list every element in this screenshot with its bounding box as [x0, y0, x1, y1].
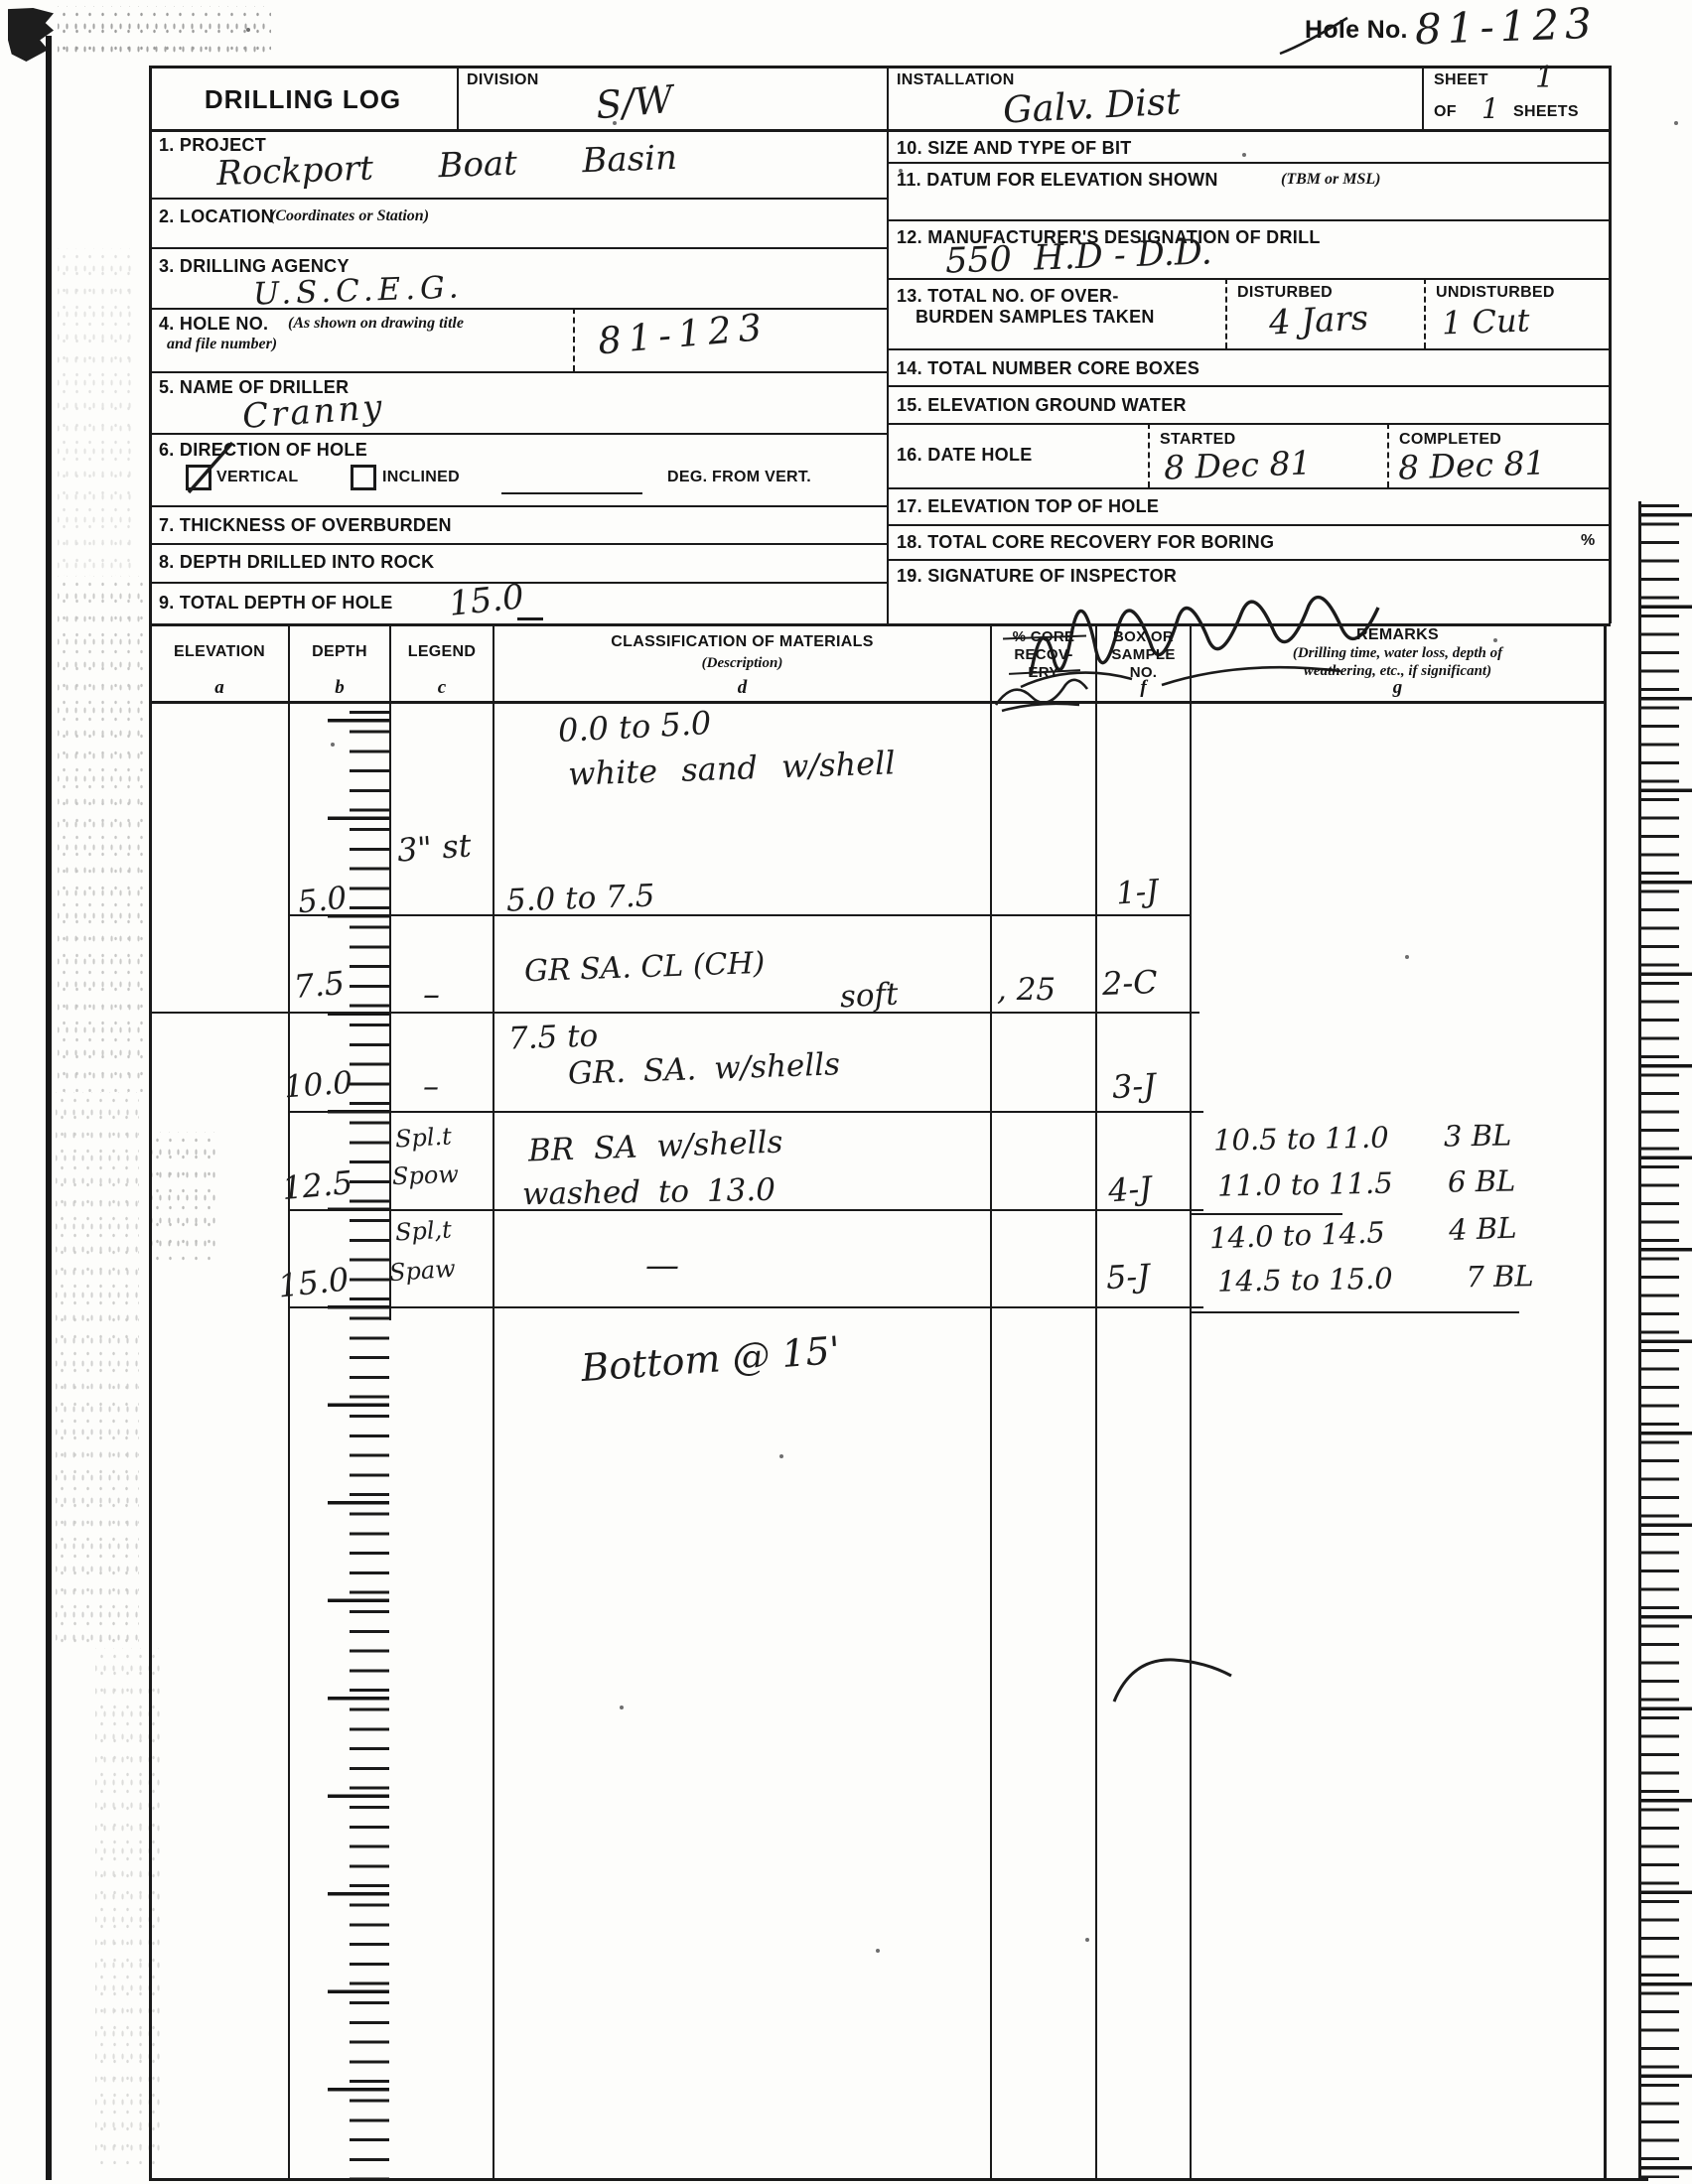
form-title: DRILLING LOG [149, 84, 457, 115]
scan-speck [899, 169, 903, 173]
undisturbed-value: 1 Cut [1441, 304, 1530, 339]
row-line [149, 198, 887, 200]
log-interval-2-desc: GR SA. CL (CH) [524, 949, 766, 987]
core-boxes-label: 14. TOTAL NUMBER CORE BOXES [897, 358, 1199, 379]
col-remarks-letter: g [1192, 677, 1604, 699]
row-line [887, 524, 1611, 526]
log-interval-4-desc: BR SA w/shells [528, 1128, 783, 1167]
completed-value: 8 Dec 81 [1397, 446, 1545, 483]
scan-stray-stroke [1276, 14, 1355, 58]
col-depth-letter: b [290, 677, 389, 699]
sheet-label: SHEET [1434, 71, 1488, 89]
scan-speck [1493, 638, 1497, 642]
division-label: DIVISION [467, 71, 539, 89]
disturbed-label: DISTURBED [1237, 284, 1333, 302]
col-box-letter: f [1097, 677, 1190, 699]
legend-dash-1: – [423, 978, 440, 1012]
percent-sign: % [1581, 532, 1596, 550]
legend-dash-2: – [423, 1070, 439, 1102]
page-bottom-line [149, 2178, 1648, 2181]
bit-label: 10. SIZE AND TYPE OF BIT [897, 138, 1132, 159]
datum-label: 11. DATUM FOR ELEVATION SHOWN [897, 170, 1218, 191]
col-line-box-remarks [1190, 623, 1192, 2181]
of-label: OF [1434, 103, 1457, 121]
sample-5: 5-J [1105, 1260, 1151, 1294]
log-interval-1-desc: white sand w/shell [568, 747, 896, 789]
col-legend-letter: c [391, 677, 493, 699]
installation-label: INSTALLATION [897, 71, 1015, 89]
form-top-border [149, 66, 1611, 68]
scan-speck [613, 121, 617, 125]
scan-noise-top-left [58, 6, 271, 54]
scan-noise-left-1 [58, 248, 137, 576]
remark-blowcount-4: 14.5 to 15.0 7 BL [1217, 1262, 1534, 1297]
disturbed-divider [1225, 278, 1227, 348]
sheets-total-value: 1 [1481, 95, 1499, 123]
overburden-label: 7. THICKNESS OF OVERBURDEN [159, 515, 452, 536]
scan-speck [1405, 955, 1409, 959]
depth-mark-12-5: 12.5 [281, 1166, 354, 1204]
scan-noise-left-3 [56, 1092, 139, 1648]
hole-no-field-value: 81-123 [597, 309, 771, 360]
scan-speck [876, 1949, 880, 1953]
table-header-bottom-border [149, 701, 1604, 704]
drilling-agency-value: U.S.C.E.G. [253, 272, 465, 310]
depth-scale-major-ticks [328, 719, 389, 2178]
row-line [149, 543, 887, 545]
sheets-label: SHEETS [1513, 103, 1579, 121]
legend-shelby-tube: 3" st [396, 829, 473, 866]
undisturbed-label: UNDISTURBED [1436, 284, 1555, 302]
row-line [887, 348, 1611, 350]
title-division-divider [457, 66, 459, 132]
legend-split-1b: Spow [392, 1162, 460, 1188]
row-line [149, 505, 887, 507]
samples-label-1: 13. TOTAL NO. OF OVER- [897, 286, 1119, 307]
log-row-line-12-5ft [288, 1209, 1203, 1211]
log-row-line-5ft [288, 914, 1190, 916]
vertical-label: VERTICAL [216, 469, 298, 486]
sheet-no-value: 1 [1535, 64, 1554, 93]
rock-depth-label: 8. DEPTH DRILLED INTO ROCK [159, 552, 434, 573]
row-line [149, 247, 887, 249]
hole-no-field-sublabel-1: (As shown on drawing title [288, 315, 464, 333]
total-depth-value: 15.0 [447, 580, 525, 621]
col-line-classification-core [990, 623, 992, 2181]
location-sublabel: (Coordinates or Station) [270, 207, 429, 225]
scan-speck [1242, 153, 1246, 157]
row-line [887, 219, 1611, 221]
core-recovery-label: 18. TOTAL CORE RECOVERY FOR BORING [897, 532, 1274, 553]
log-interval-1: 0.0 to 5.0 [557, 707, 712, 747]
log-dash-entry: — [645, 1249, 679, 1283]
col-legend-header: LEGEND [391, 643, 493, 661]
undisturbed-divider [1424, 278, 1426, 348]
total-depth-underline [517, 617, 543, 620]
right-ruler-major-ticks [1641, 513, 1692, 2178]
hole-no-field-sublabel-2: and file number) [167, 336, 277, 353]
sheet-box-left-border [1422, 66, 1424, 132]
scan-speck [331, 743, 335, 747]
elev-top-label: 17. ELEVATION TOP OF HOLE [897, 496, 1159, 517]
col-classification-subheader: (Description) [494, 655, 990, 672]
completed-divider [1387, 423, 1389, 487]
started-divider [1148, 423, 1150, 487]
installation-value: Galv. Dist [1002, 82, 1182, 128]
depth-mark-15: 15.0 [277, 1263, 351, 1301]
col-box-header-2: SAMPLE [1097, 646, 1190, 663]
row-line [887, 487, 1611, 489]
form-right-border [1609, 66, 1612, 623]
remark-blowcount-1: 10.5 to 11.0 3 BL [1213, 1121, 1512, 1155]
col-remarks-header: REMARKS [1192, 626, 1604, 644]
core-header-scribble [988, 671, 1097, 715]
log-row-line-7-5ft [151, 1012, 1199, 1014]
col-line-core-box [1095, 623, 1097, 2181]
col-elevation-letter: a [151, 677, 288, 699]
log-row-line-remarks-ext-2 [1190, 1311, 1519, 1313]
drill-designation-value: 550 H.D - D.D. [944, 235, 1212, 279]
inclined-degrees-blank [501, 492, 642, 494]
hole-no-field-divider [573, 308, 575, 371]
sample-2: 2-C [1101, 966, 1158, 1000]
sample-3: 3-J [1111, 1069, 1157, 1103]
depth-mark-10: 10.0 [283, 1068, 353, 1104]
driller-value: Cranny [241, 390, 386, 434]
col-line-depth-legend [389, 623, 391, 1320]
log-interval-2: 5.0 to 7.5 [506, 881, 655, 916]
vertical-checkbox-mark [179, 435, 248, 498]
depth-mark-7-5: 7.5 [293, 967, 346, 1003]
row-line [149, 371, 887, 373]
division-value: S/W [594, 80, 674, 125]
scan-speck [620, 1706, 624, 1709]
sample-1: 1-J [1115, 877, 1160, 910]
remark-blowcount-2: 11.0 to 11.5 6 BL [1217, 1166, 1516, 1200]
col-box-header-1: BOX OR [1097, 628, 1190, 645]
inclined-label: INCLINED [382, 469, 460, 486]
bottom-of-hole-note: Bottom @ 15' [580, 1331, 841, 1387]
log-interval-2-note: soft [839, 979, 899, 1013]
legend-split-2b: Spaw [388, 1257, 456, 1286]
location-label: 2. LOCATION [159, 206, 274, 227]
scan-speck [1674, 121, 1678, 125]
log-interval-4-note: washed to 13.0 [522, 1175, 775, 1210]
samples-label-2: BURDEN SAMPLES TAKEN [916, 307, 1155, 328]
drilling-log-scanned-form: Hole No. 81-123 DRILLING LOG DIVISION S/… [0, 0, 1692, 2184]
inclined-checkbox [351, 465, 376, 490]
form-left-border [149, 66, 152, 2181]
scan-stray-curve [1104, 1648, 1243, 1711]
datum-sublabel: (TBM or MSL) [1281, 171, 1380, 189]
scan-noise-row [151, 1132, 220, 1261]
log-interval-3: 7.5 to [507, 1021, 598, 1054]
header-band-bottom-border [149, 129, 1611, 132]
col-depth-header: DEPTH [290, 643, 389, 661]
col-classification-letter: d [494, 677, 990, 699]
scan-speck [246, 28, 250, 32]
log-row-line-remarks-ext-1 [1190, 1213, 1342, 1215]
hole-no-field-label: 4. HOLE NO. [159, 314, 268, 335]
core-recovery-25: , 25 [997, 975, 1056, 1006]
legend-split-2a: Spl,t [394, 1218, 452, 1245]
sample-4: 4-J [1107, 1172, 1153, 1207]
disturbed-value: 4 Jars [1268, 301, 1369, 340]
row-line [887, 162, 1611, 164]
scan-noise-left-2 [58, 576, 145, 1092]
groundwater-label: 15. ELEVATION GROUND WATER [897, 395, 1187, 416]
started-value: 8 Dec 81 [1163, 446, 1311, 483]
legend-split-1a: Spl.t [394, 1125, 452, 1152]
log-interval-3-desc: GR. SA. w/shells [568, 1049, 841, 1090]
col-elevation-header: ELEVATION [151, 643, 288, 661]
row-line [887, 423, 1611, 425]
col-line-elevation-depth [288, 623, 290, 2181]
row-line [887, 559, 1611, 561]
col-remarks-subheader-1: (Drilling time, water loss, depth of [1192, 645, 1604, 662]
log-row-line-15ft [288, 1306, 1203, 1308]
col-line-legend-classification [493, 623, 494, 2181]
date-hole-label: 16. DATE HOLE [897, 445, 1033, 466]
row-line [887, 385, 1611, 387]
scan-speck [779, 1454, 783, 1458]
col-core-header-2: RECOV- [992, 646, 1095, 663]
table-right-border [1604, 623, 1607, 2181]
project-value: Rockport Boat Basin [216, 141, 678, 191]
col-classification-header: CLASSIFICATION OF MATERIALS [494, 633, 990, 651]
remark-blowcount-3: 14.0 to 14.5 4 BL [1209, 1214, 1517, 1254]
scan-artifact-line [46, 36, 52, 2180]
log-row-line-10ft [288, 1111, 1203, 1113]
column-divider [887, 66, 889, 623]
scan-speck [1085, 1938, 1089, 1942]
deg-from-vert-label: DEG. FROM VERT. [667, 469, 811, 486]
depth-mark-5: 5.0 [297, 884, 349, 919]
total-depth-label: 9. TOTAL DEPTH OF HOLE [159, 593, 393, 614]
hole-no-value: 81-123 [1414, 3, 1598, 51]
